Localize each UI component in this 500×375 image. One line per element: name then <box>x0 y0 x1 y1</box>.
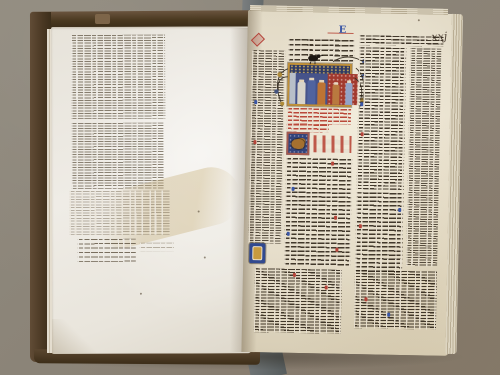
display-letters-red <box>313 135 351 153</box>
paraph-mark <box>254 100 257 104</box>
right-column-text <box>357 47 407 190</box>
ink-speck <box>198 210 200 212</box>
paraph-mark <box>325 286 328 290</box>
ink-speck <box>418 19 420 21</box>
left-column-commentary <box>254 268 342 334</box>
paraph-mark <box>292 187 295 191</box>
running-header-letter: E <box>339 25 353 37</box>
paraph-mark <box>253 140 256 144</box>
right-column-main-text <box>355 192 404 273</box>
rubric-lines <box>287 108 351 125</box>
paraph-mark <box>360 102 363 106</box>
historiated-panel <box>286 132 309 155</box>
annotation-block-faded <box>70 191 170 235</box>
paraph-mark <box>398 208 401 212</box>
corner-fold <box>52 319 96 354</box>
right-column-top-lines <box>359 35 443 47</box>
animal-figure <box>291 139 304 149</box>
page-stack-top-edges <box>250 5 448 15</box>
footer-note-faint <box>140 243 174 252</box>
left-column-main-text <box>284 158 352 267</box>
ink-speck <box>140 293 142 295</box>
initial-letter-gold <box>252 246 262 260</box>
right-margin-gloss <box>406 48 441 267</box>
manuscript-photo: E xxj <box>0 0 500 375</box>
ink-speck <box>204 256 206 258</box>
annotation-block-middle <box>71 123 163 189</box>
champie-initial <box>249 243 265 263</box>
paraph-mark <box>364 297 367 301</box>
paraph-mark <box>359 224 362 228</box>
binding-corner-fitting <box>95 14 110 24</box>
annotation-block-upper <box>71 35 165 119</box>
paraph-mark <box>293 273 296 277</box>
right-page: E xxj <box>241 10 455 356</box>
paraph-mark <box>331 162 334 166</box>
paraph-mark <box>361 132 364 136</box>
paraph-mark <box>287 232 290 236</box>
paraph-mark <box>387 313 390 317</box>
paraph-mark <box>335 248 338 252</box>
page-stack-fore-edge <box>445 14 463 354</box>
left-page <box>51 26 251 354</box>
paraph-mark <box>334 216 337 220</box>
footer-note <box>78 239 136 262</box>
